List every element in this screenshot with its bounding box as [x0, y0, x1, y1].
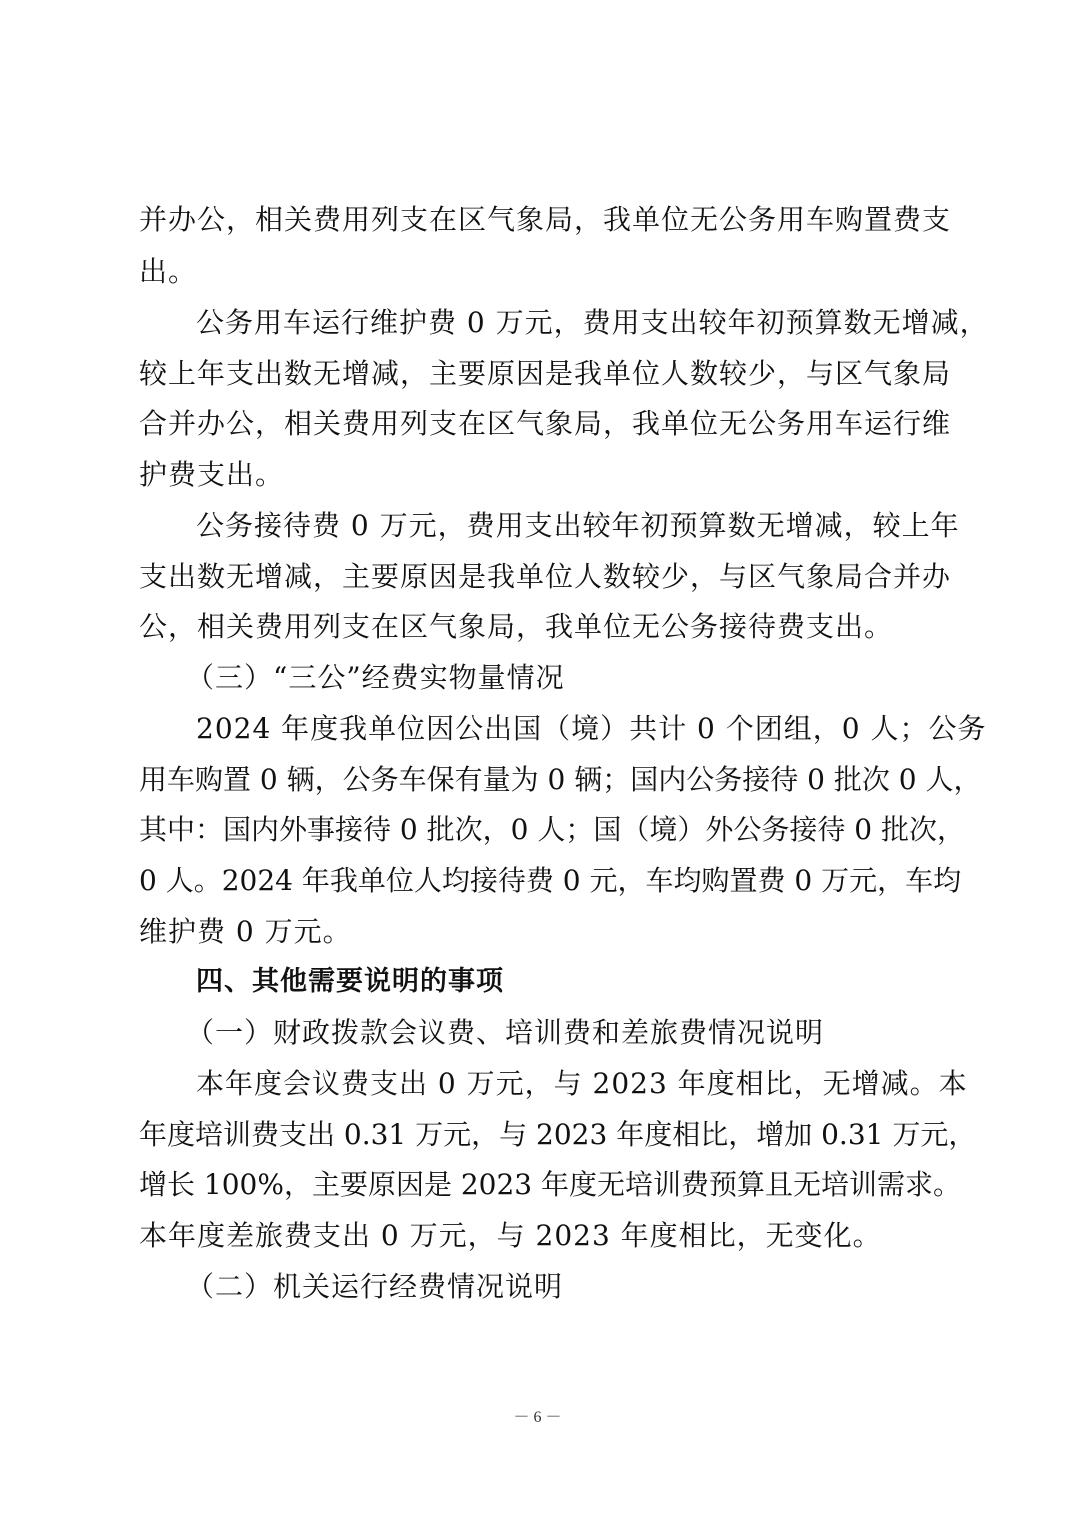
paragraph-start-line: 公务接待费 0 万元，费用支出较年初预算数无增减，较上年: [196, 508, 960, 544]
section-heading-other-matters: 四、其他需要说明的事项: [196, 964, 504, 1000]
body-line: 合并办公，相关费用列支在区气象局，我单位无公务用车运行维: [139, 406, 951, 442]
body-line: 公，相关费用列支在区气象局，我单位无公务接待费支出。: [139, 609, 893, 645]
page-number: － 6 －: [0, 1404, 1075, 1427]
body-line: 用车购置 0 辆，公务车保有量为 0 辆；国内公务接待 0 批次 0 人，: [139, 762, 981, 798]
body-line: 护费支出。: [139, 457, 284, 493]
body-line: 0 人。2024 年我单位人均接待费 0 元，车均购置费 0 万元，车均: [139, 863, 961, 899]
paragraph-start-line: 2024 年度我单位因公出国（境）共计 0 个团组，0 人；公务: [196, 711, 987, 747]
subheading-three-public-quantity: （三）“三公”经费实物量情况: [186, 660, 565, 696]
paragraph-start-line: 公务用车运行维护费 0 万元，费用支出较年初预算数无增减，: [196, 305, 989, 341]
document-page: 并办公，相关费用列支在区气象局，我单位无公务用车购置费支 出。 公务用车运行维护…: [0, 0, 1075, 1520]
paragraph-start-line: 本年度会议费支出 0 万元，与 2023 年度相比，无增减。本: [196, 1066, 968, 1102]
body-line: 出。: [139, 254, 197, 290]
subheading-meeting-training-travel: （一）财政拨款会议费、培训费和差旅费情况说明: [186, 1015, 824, 1051]
body-line: 支出数无增减，主要原因是我单位人数较少，与区气象局合并办: [139, 559, 951, 595]
body-line: 年度培训费支出 0.31 万元，与 2023 年度相比，增加 0.31 万元，: [139, 1117, 976, 1153]
body-line: 其中：国内外事接待 0 批次，0 人；国（境）外公务接待 0 批次，: [139, 812, 965, 848]
subheading-operating-expenses: （二）机关运行经费情况说明: [186, 1269, 563, 1305]
body-line: 本年度差旅费支出 0 万元，与 2023 年度相比，无变化。: [139, 1218, 882, 1254]
body-line: 较上年支出数无增减，主要原因是我单位人数较少，与区气象局: [139, 356, 951, 392]
body-line: 维护费 0 万元。: [139, 914, 352, 950]
body-line: 并办公，相关费用列支在区气象局，我单位无公务用车购置费支: [139, 202, 951, 238]
body-line: 增长 100%，主要原因是 2023 年度无培训费预算且无培训需求。: [139, 1167, 961, 1203]
